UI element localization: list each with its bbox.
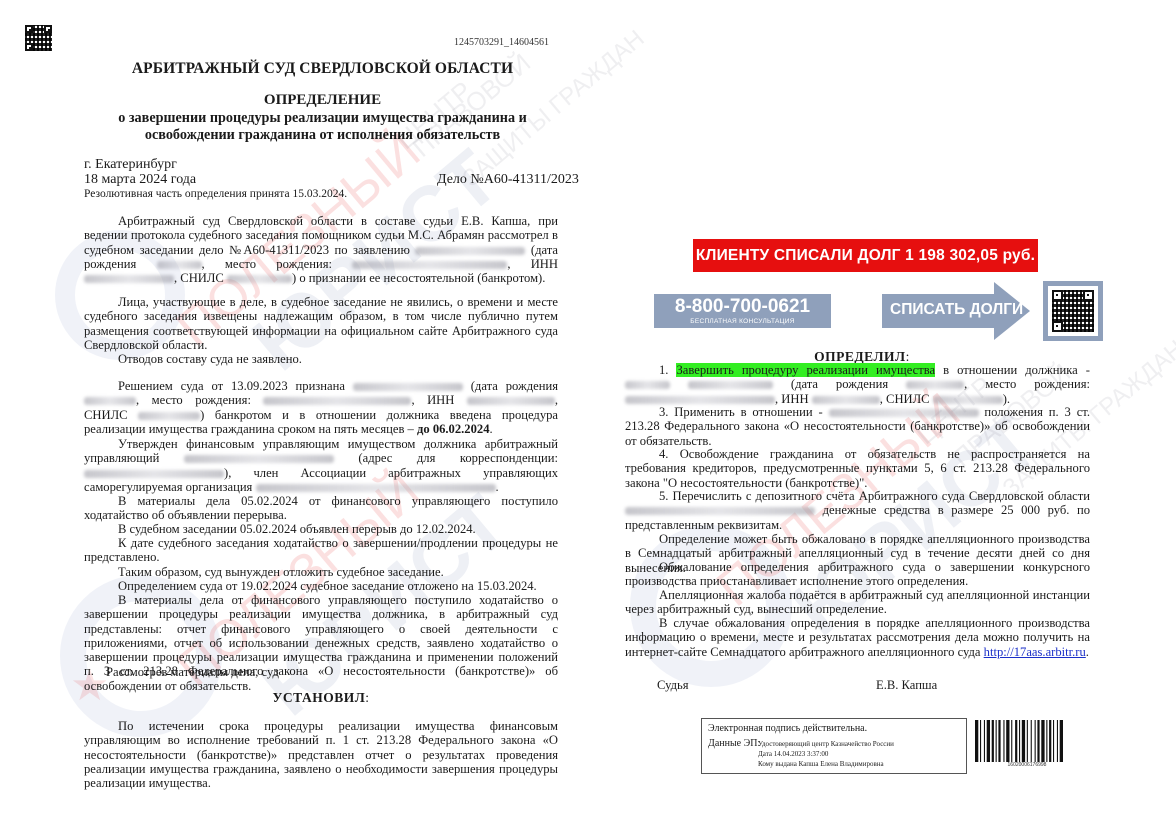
- decision-item-4: 4. Освобождение гражданина от обязательс…: [625, 447, 1090, 490]
- highlighted-decision: Завершить процедуру реализации имущества: [676, 363, 935, 377]
- redacted-inn: [467, 397, 555, 405]
- redacted-snils: [138, 412, 200, 420]
- write-off-debts-button[interactable]: СПИСАТЬ ДОЛГИ: [882, 282, 1030, 340]
- resolution-note: Резолютивная часть определения принята 1…: [84, 188, 347, 200]
- judge-label: Судья: [657, 678, 689, 693]
- document-subtitle-line1: о завершении процедуры реализации имущес…: [70, 109, 575, 127]
- appeal-paragraph-3: Апелляционная жалоба подаётся в арбитраж…: [625, 588, 1090, 617]
- case-number: Дело №А60-41311/2023: [437, 172, 579, 187]
- redacted-birth-place: [625, 396, 775, 404]
- document-date: 18 марта 2024 года: [84, 172, 196, 187]
- redacted-debtor-name: [353, 383, 463, 391]
- paragraph-break-request: В материалы дела 05.02.2024 от финансово…: [84, 494, 558, 523]
- paragraph-financial-manager: Утвержден финансовым управляющим имущест…: [84, 437, 558, 494]
- city: г. Екатеринбург: [84, 157, 177, 172]
- write-off-debts-label: СПИСАТЬ ДОЛГИ: [890, 301, 1023, 319]
- document-id: 1245703291_14604561: [454, 37, 549, 48]
- redacted-debtor-name: [415, 247, 525, 255]
- appeal-court-link[interactable]: http://17aas.arbitr.ru: [984, 645, 1086, 659]
- redacted-manager-name: [625, 507, 815, 515]
- phone-consultation-button[interactable]: 8-800-700-0621 БЕСПЛАТНАЯ КОНСУЛЬТАЦИЯ: [654, 294, 831, 328]
- paragraph-no-motion: К дате судебного заседания ходатайство о…: [84, 536, 558, 565]
- paragraph-no-challenges: Отводов составу суда не заявлено.: [84, 352, 558, 366]
- electronic-signature-box: Электронная подпись действительна. Данны…: [701, 718, 967, 774]
- redacted-birth-date: [157, 261, 202, 269]
- paragraph-postponed: Таким образом, суд вынужден отложить суд…: [84, 565, 558, 579]
- redacted-birth-place: [263, 397, 411, 405]
- decision-item-3: 3. Применить в отношении - положения п. …: [625, 405, 1090, 448]
- barcode-number: 16020006176998: [975, 762, 1079, 768]
- redacted-birth-place: [352, 261, 507, 269]
- decision-item-1: 1. Завершить процедуру реализации имущес…: [625, 363, 1090, 406]
- redacted-debtor-name: [829, 409, 979, 417]
- qr-code-icon: [1052, 290, 1094, 332]
- paragraph-court-composition: Арбитражный суд Свердловской области в с…: [84, 214, 558, 285]
- redacted-debtor-name: [688, 381, 773, 389]
- redacted-manager-name: [184, 455, 334, 463]
- redacted-snils: [227, 275, 292, 283]
- signature-valid: Электронная подпись действительна.: [708, 723, 867, 734]
- appeal-paragraph-4: В случае обжалования определения в поряд…: [625, 616, 1090, 659]
- document-type-title: ОПРЕДЕЛЕНИЕ: [70, 92, 575, 109]
- court-name: АРБИТРАЖНЫЙ СУД СВЕРДЛОВСКОЙ ОБЛАСТИ: [70, 60, 575, 78]
- judge-name: Е.В. Капша: [876, 678, 937, 693]
- redacted-debtor-name: [625, 381, 670, 389]
- redacted-inn: [812, 396, 880, 404]
- paragraph-considering: Рассмотрев материалы дела, суд: [84, 665, 558, 679]
- redacted-organization: [256, 484, 496, 492]
- appeal-paragraph-2: Обжалование определения арбитражного суд…: [625, 560, 1090, 589]
- redacted-address: [84, 470, 224, 478]
- paragraph-participants: Лица, участвующие в деле, в судебное зас…: [84, 295, 558, 352]
- signature-date: Дата 14.04.2023 3:37:00: [758, 750, 828, 758]
- established-heading: УСТАНОВИЛ:: [84, 690, 558, 706]
- redacted-birth-date: [84, 397, 136, 405]
- redacted-snils: [933, 396, 1003, 404]
- paragraph-decision: Решением суда от 13.09.2023 признана (да…: [84, 379, 558, 436]
- debt-written-off-banner[interactable]: КЛИЕНТУ СПИСАЛИ ДОЛГ 1 198 302,05 руб.: [693, 239, 1038, 272]
- paragraph-postponement-date: Определением суда от 19.02.2024 судебное…: [84, 579, 558, 593]
- redacted-birth-date: [906, 381, 964, 389]
- signature-owner: Кому выдана Капша Елена Владимировна: [758, 760, 884, 768]
- barcode-icon: [975, 720, 1079, 762]
- document-page-left: ПОЛЕЗНЫЙ ЮРИСТ ЦЕНТР ПРАВОВОЙ ЗАЩИТЫ ГРА…: [0, 0, 600, 832]
- phone-number: 8-800-700-0621: [675, 297, 810, 317]
- document-subtitle-line2: освобождении гражданина от исполнения об…: [70, 126, 575, 144]
- document-page-right: ПОЛЕЗНЫЙ ЮРИСТ ЦЕНТР ПРАВОВОЙ ЗАЩИТЫ ГРА…: [600, 0, 1176, 832]
- phone-subtitle: БЕСПЛАТНАЯ КОНСУЛЬТАЦИЯ: [690, 317, 794, 326]
- qr-code-frame[interactable]: [1043, 281, 1103, 341]
- signature-data-label: Данные ЭП:: [708, 738, 760, 749]
- decision-item-5: 5. Перечислить с депозитного счёта Арбит…: [625, 489, 1090, 532]
- qr-code-icon: [25, 25, 52, 51]
- signature-issuer: Удостоверяющий центр Казначейство России: [758, 740, 894, 748]
- paragraph-established: По истечении срока процедуры реализации …: [84, 719, 558, 790]
- paragraph-break-announced: В судебном заседании 05.02.2024 объявлен…: [84, 522, 558, 536]
- redacted-inn: [84, 275, 174, 283]
